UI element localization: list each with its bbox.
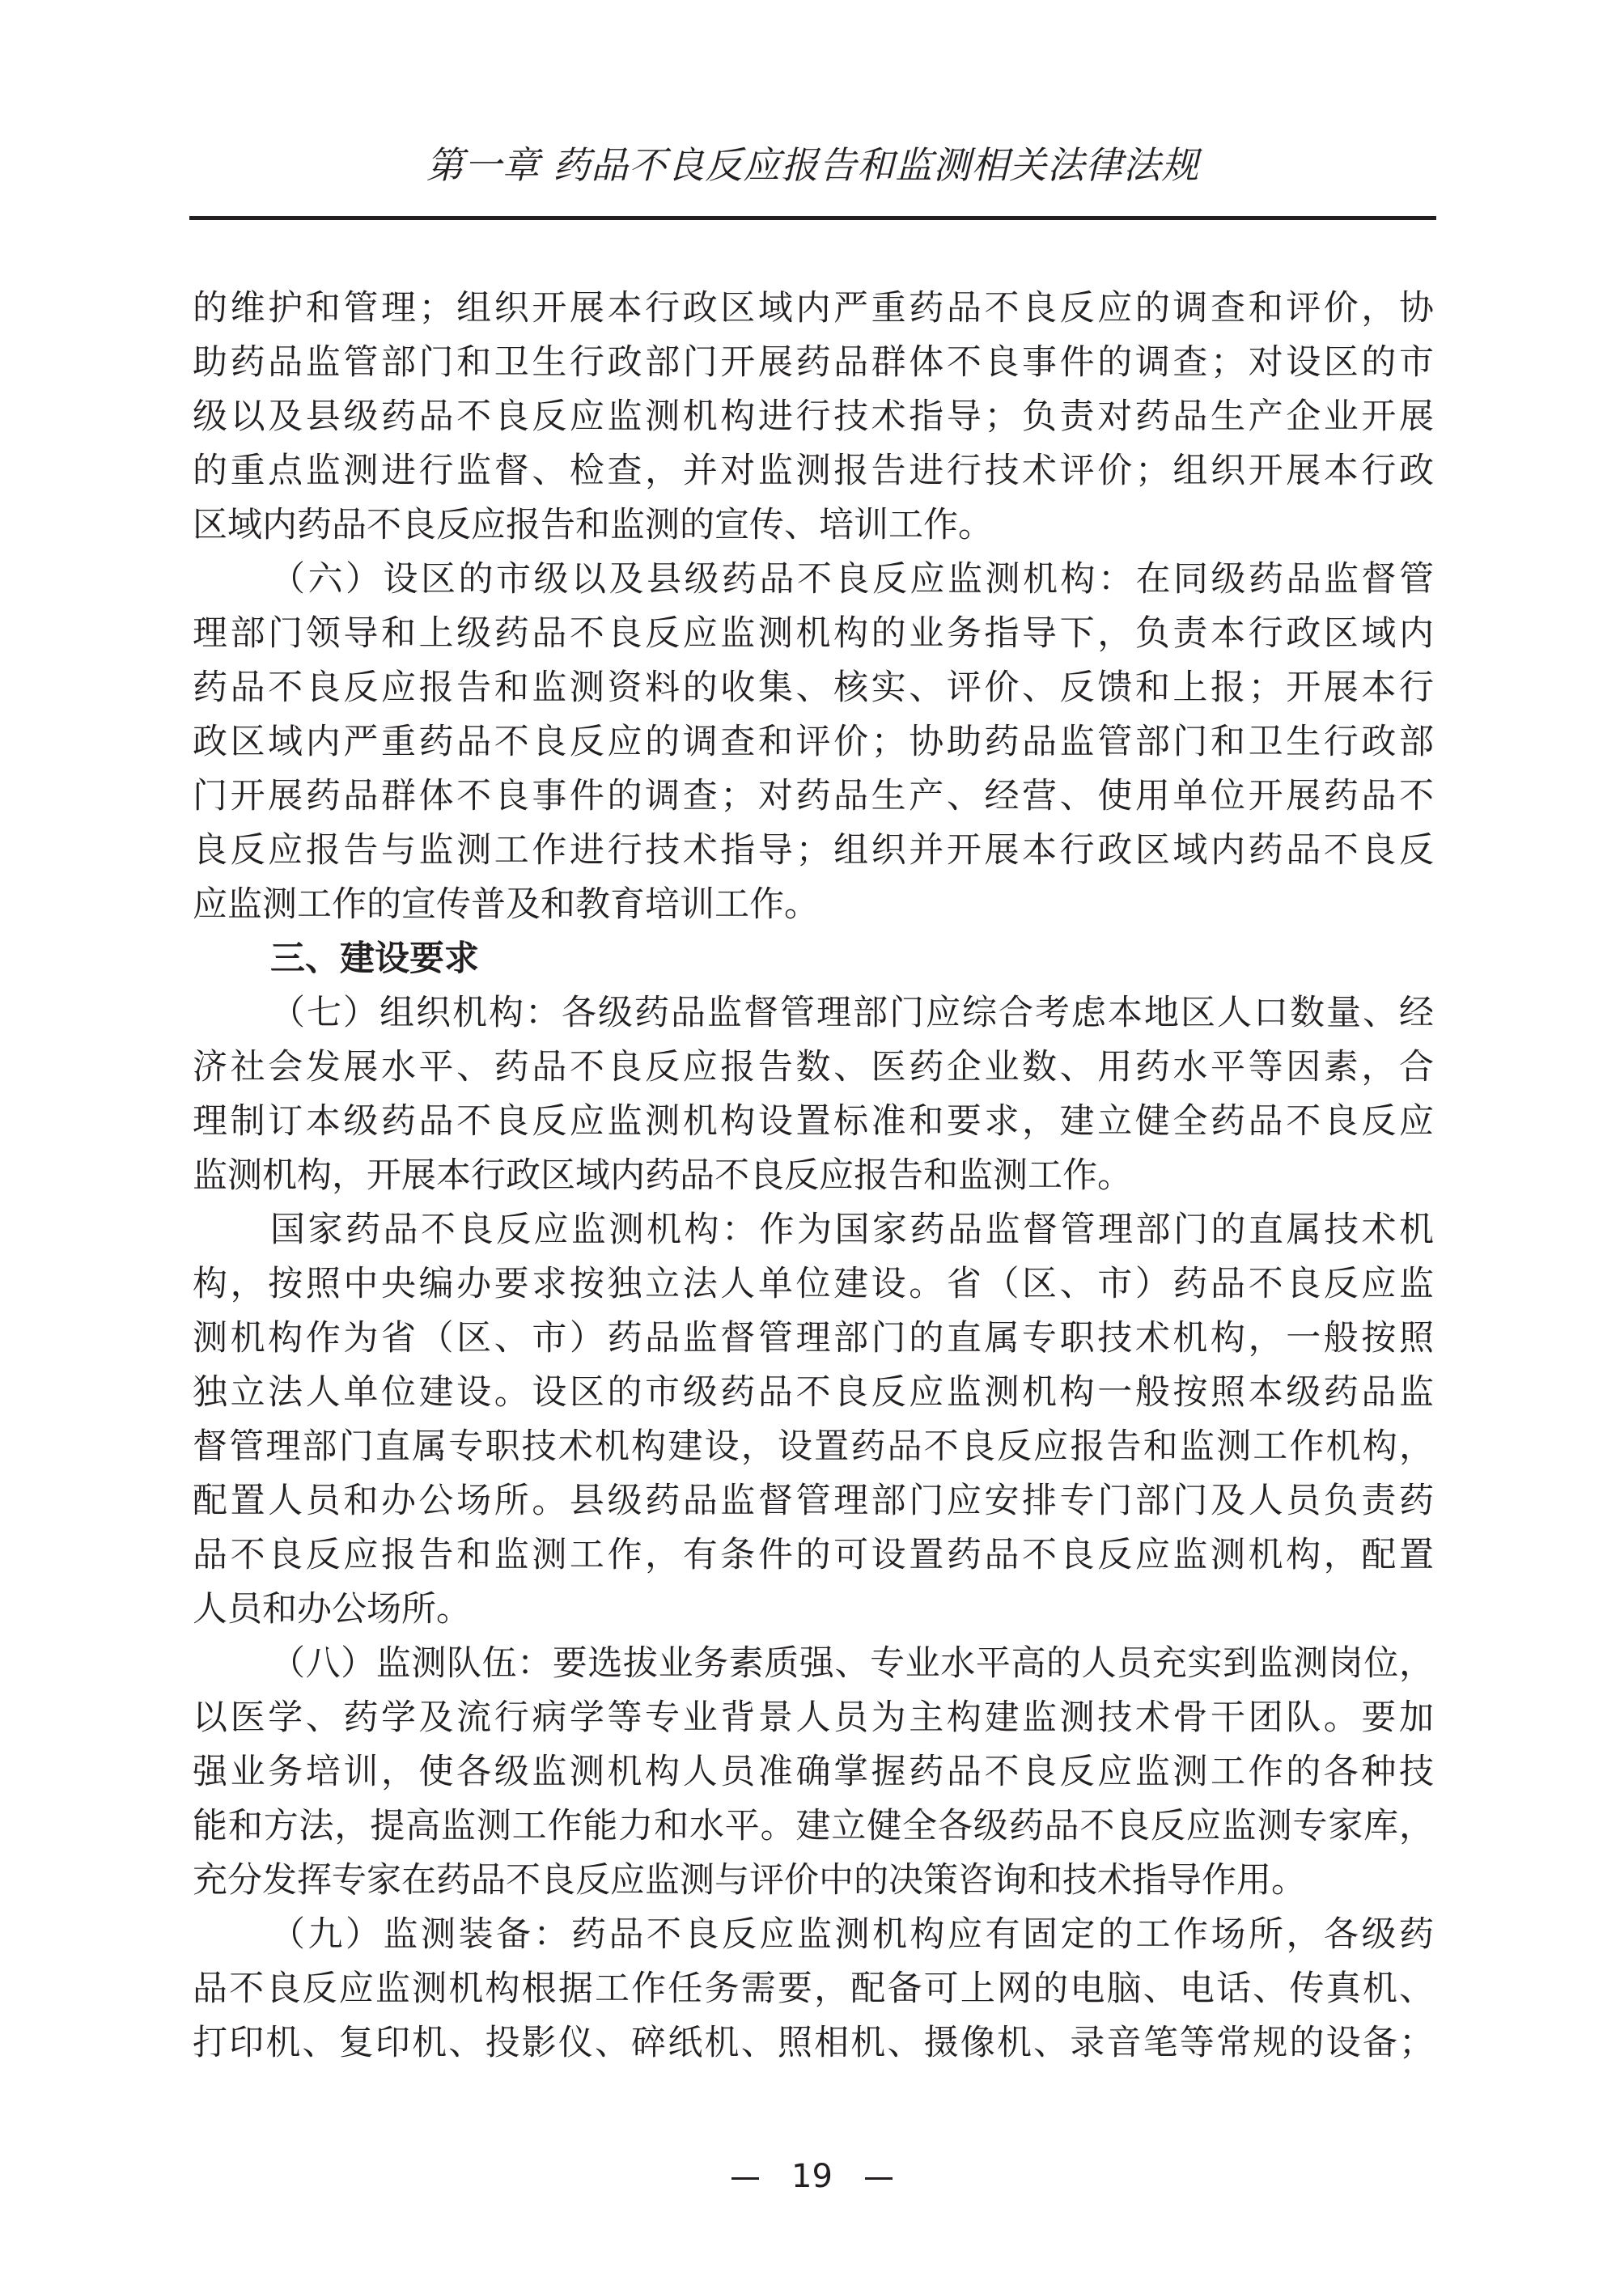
text-line: 督管理部门直属专职技术机构建设，设置药品不良反应报告和监测工作机构， [193,1420,1434,1474]
header-rule-divider [189,216,1436,220]
text-line: 打印机、复印机、投影仪、碎纸机、照相机、摄像机、录音笔等常规的设备； [193,2016,1434,2070]
body-text: 的维护和管理；组织开展本行政区域内严重药品不良反应的调查和评价，协助药品监管部门… [193,282,1434,2070]
text-line: 强业务培训，使各级监测机构人员准确掌握药品不良反应监测工作的各种技 [193,1745,1434,1799]
text-line: 配置人员和办公场所。县级药品监督管理部门应安排专门部门及人员负责药 [193,1474,1434,1528]
text-line: （九）监测装备：药品不良反应监测机构应有固定的工作场所，各级药 [193,1908,1434,1962]
text-line: （七）组织机构：各级药品监督管理部门应综合考虑本地区人口数量、经 [193,986,1434,1041]
text-line: 药品不良反应报告和监测资料的收集、核实、评价、反馈和上报；开展本行 [193,661,1434,715]
text-line: 理制订本级药品不良反应监测机构设置标准和要求，建立健全药品不良反应 [193,1095,1434,1149]
document-page: 第一章 药品不良反应报告和监测相关法律法规 的维护和管理；组织开展本行政区域内严… [0,0,1624,2293]
text-line: 区域内药品不良反应报告和监测的宣传、培训工作。 [193,498,1434,553]
text-line: 级以及县级药品不良反应监测机构进行技术指导；负责对药品生产企业开展 [193,390,1434,444]
text-line: 理部门领导和上级药品不良反应监测机构的业务指导下，负责本行政区域内 [193,607,1434,661]
text-line: 以医学、药学及流行病学等专业背景人员为主构建监测技术骨干团队。要加 [193,1691,1434,1745]
text-line: 应监测工作的宣传普及和教育培训工作。 [193,878,1434,932]
text-line: 独立法人单位建设。设区的市级药品不良反应监测机构一般按照本级药品监 [193,1366,1434,1420]
text-line: 助药品监管部门和卫生行政部门开展药品群体不良事件的调查；对设区的市 [193,336,1434,390]
text-line: 测机构作为省（区、市）药品监督管理部门的直属专职技术机构，一般按照 [193,1312,1434,1366]
section-heading: 三、建设要求 [193,932,1434,986]
text-line: 能和方法，提高监测工作能力和水平。建立健全各级药品不良反应监测专家库， [193,1799,1434,1854]
text-line: 的维护和管理；组织开展本行政区域内严重药品不良反应的调查和评价，协 [193,282,1434,336]
text-line: 国家药品不良反应监测机构：作为国家药品监督管理部门的直属技术机 [193,1203,1434,1257]
text-line: 良反应报告与监测工作进行技术指导；组织并开展本行政区域内药品不良反 [193,824,1434,878]
page-number-value: 19 [791,2158,833,2195]
text-line: 济社会发展水平、药品不良反应报告数、医药企业数、用药水平等因素，合 [193,1041,1434,1095]
page-number-dash-left [731,2177,759,2180]
text-line: 构，按照中央编办要求按独立法人单位建设。省（区、市）药品不良反应监 [193,1257,1434,1312]
text-line: 人员和办公场所。 [193,1583,1434,1637]
text-line: 监测机构，开展本行政区域内药品不良反应报告和监测工作。 [193,1149,1434,1203]
text-line: 政区域内严重药品不良反应的调查和评价；协助药品监管部门和卫生行政部 [193,715,1434,769]
text-line: 充分发挥专家在药品不良反应监测与评价中的决策咨询和技术指导作用。 [193,1854,1434,1908]
page-number-dash-right [865,2177,893,2180]
page-number: 19 [0,2151,1624,2202]
text-line: 品不良反应报告和监测工作，有条件的可设置药品不良反应监测机构，配置 [193,1528,1434,1583]
text-line: 的重点监测进行监督、检查，并对监测报告进行技术评价；组织开展本行政 [193,444,1434,498]
text-line: （八）监测队伍：要选拔业务素质强、专业水平高的人员充实到监测岗位， [193,1637,1434,1691]
text-line: （六）设区的市级以及县级药品不良反应监测机构：在同级药品监督管 [193,553,1434,607]
running-header-chapter-title: 第一章 药品不良反应报告和监测相关法律法规 [189,139,1436,191]
text-line: 门开展药品群体不良事件的调查；对药品生产、经营、使用单位开展药品不 [193,769,1434,824]
text-line: 品不良反应监测机构根据工作任务需要，配备可上网的电脑、电话、传真机、 [193,1962,1434,2016]
